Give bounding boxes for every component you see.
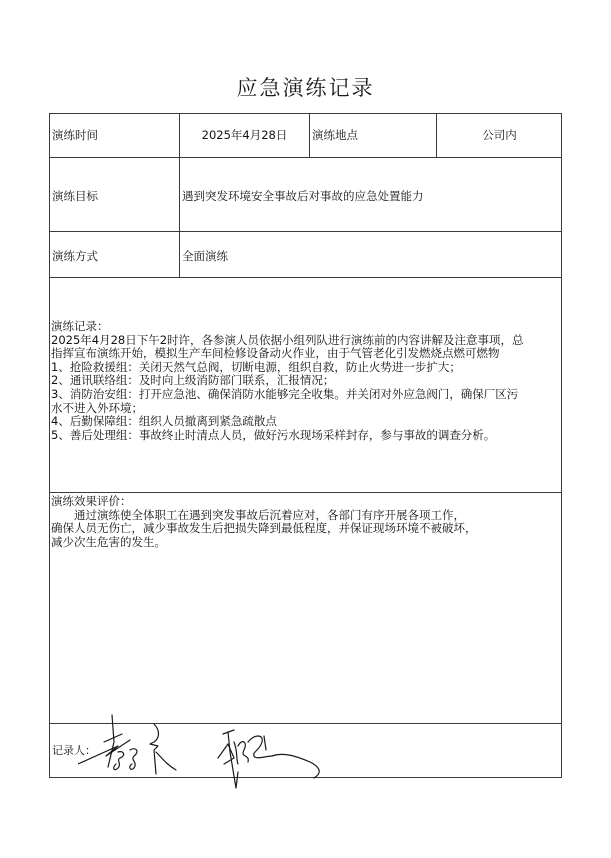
record-table (49, 113, 562, 778)
record-line: 3、消防治安组：打开应急池、确保消防水能够完全收集。并关闭对外应急阀门，确保厂区… (51, 388, 524, 402)
location-value: 公司内 (437, 128, 562, 142)
row-divider-record (49, 492, 562, 493)
time-value: 2025年4月28日 (180, 128, 309, 142)
record-line: 4、后勤保障组：组织人员撤离到紧急疏散点 (51, 415, 524, 429)
col-divider-2 (309, 113, 310, 157)
evaluation-line: 通过演练使全体职工在遇到突发事故后沉着应对，各部门有序开展各项工作， (51, 509, 477, 523)
method-label: 演练方式 (52, 249, 98, 263)
page-title: 应急演练记录 (0, 72, 611, 102)
record-line: 1、抢险救援组：关闭天然气总阀，切断电源，组织自救，防止火势进一步扩大； (51, 361, 524, 375)
evaluation-heading: 演练效果评价： (51, 495, 477, 509)
record-line: 指挥宣布演练开始，模拟生产车间检修设备动火作业，由于气管老化引发燃烧点燃可燃物 (51, 347, 524, 361)
goal-value: 遇到突发环境安全事故后对事故的应急处置能力 (182, 189, 424, 203)
row-divider-method (49, 277, 562, 278)
signature-icon (78, 712, 328, 792)
record-line: 2、通讯联络组：及时向上级消防部门联系，汇报情况； (51, 374, 524, 388)
row-divider-time (49, 157, 562, 158)
goal-label: 演练目标 (52, 189, 98, 203)
time-label: 演练时间 (52, 128, 98, 142)
evaluation-section: 演练效果评价： 通过演练使全体职工在遇到突发事故后沉着应对，各部门有序开展各项工… (51, 495, 477, 549)
evaluation-line: 确保人员无伤亡，减少事故发生后把损失降到最低程度，并保证现场环境不被破坏， (51, 522, 477, 536)
evaluation-line: 减少次生危害的发生。 (51, 536, 477, 550)
record-heading: 演练记录： (51, 320, 524, 334)
location-label: 演练地点 (312, 128, 358, 142)
record-line: 2025年4月28日下午2时许，各参演人员依据小组列队进行演练前的内容讲解及注意… (51, 334, 524, 348)
record-line: 5、善后处理组：事故终止时清点人员，做好污水现场采样封存，参与事故的调查分析。 (51, 429, 524, 443)
record-section: 演练记录： 2025年4月28日下午2时许，各参演人员依据小组列队进行演练前的内… (51, 320, 524, 442)
method-value: 全面演练 (182, 249, 228, 263)
row-divider-goal (49, 231, 562, 232)
record-line: 水不进入外环境； (51, 402, 524, 416)
